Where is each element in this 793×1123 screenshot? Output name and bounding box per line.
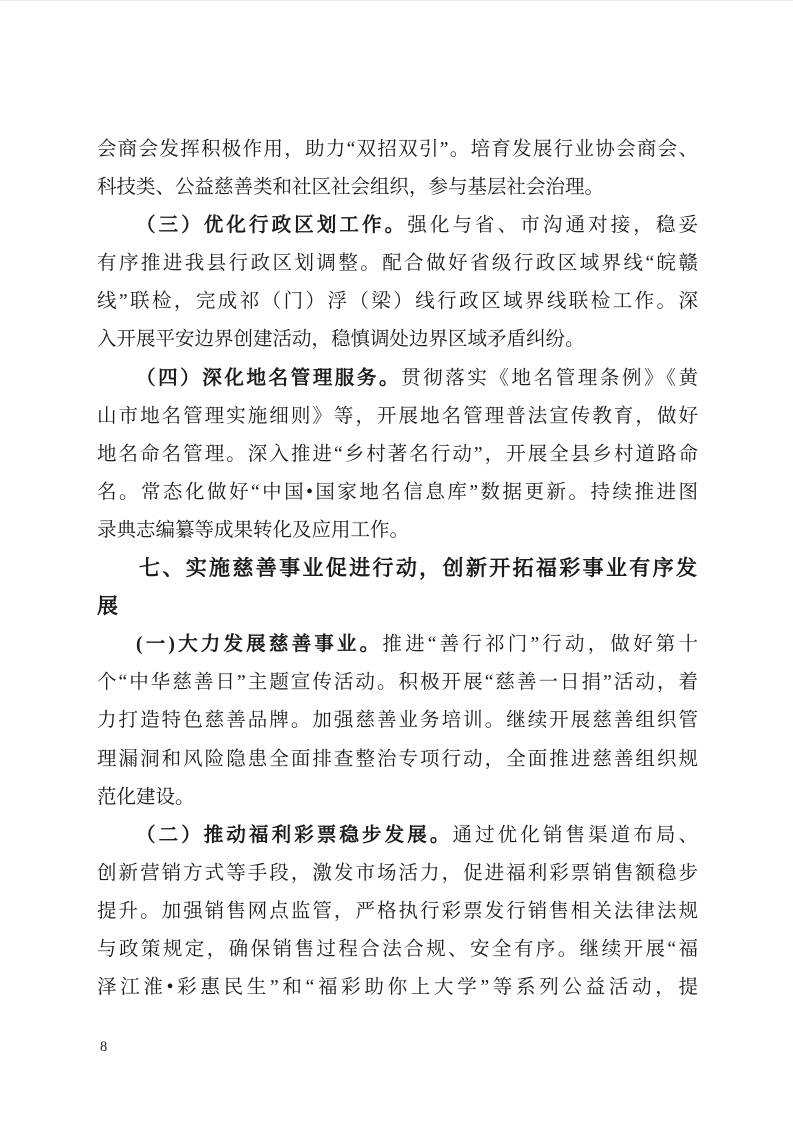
body-text: 提升。加强销售网点监管，严格执行彩票发行销售相关法律法规: [97, 901, 698, 922]
body-text: 推进“善行祁门”行动，做好第十: [382, 634, 698, 655]
body-text: 地名命名管理。深入推进“乡村著名行动”，开展全县乡村道路命: [97, 444, 698, 465]
section-title: (一)大力发展慈善事业。: [136, 634, 382, 655]
body-text: 名。常态化做好“中国•国家地名信息库”数据更新。持续推进图: [97, 482, 698, 503]
heading-text: 七、实施慈善事业促进行动，创新开拓福彩事业有序发: [139, 557, 698, 580]
body-text: 有序推进我县行政区划调整。配合做好省级行政区域界线“皖赣: [97, 253, 698, 274]
body-text: 范化建设。: [97, 787, 195, 808]
body-text: 通过优化销售渠道布局、: [452, 825, 698, 846]
text-line: 力打造特色慈善品牌。加强慈善业务培训。继续开展慈善组织管: [97, 702, 698, 740]
text-line: 泽江淮•彩惠民生”和“福彩助你上大学”等系列公益活动，提: [97, 969, 698, 1007]
document-page: 会商会发挥积极作用，助力“双招双引”。培育发展行业协会商会、 科技类、公益慈善类…: [0, 0, 793, 1123]
body-text: 个“中华慈善日”主题宣传活动。积极开展“慈善一日捐”活动，着: [97, 672, 698, 693]
section-title: （三）优化行政区划工作。: [136, 215, 407, 236]
page-number: 8: [100, 1037, 107, 1057]
text-line: 地名命名管理。深入推进“乡村著名行动”，开展全县乡村道路命: [97, 436, 698, 474]
section-title: （四）深化地名管理服务。: [136, 368, 401, 389]
text-line: 入开展平安边界创建活动，稳慎调处边界区域矛盾纠纷。: [97, 321, 698, 359]
body-text: 贯彻落实《地名管理条例》《黄: [401, 368, 698, 389]
body-text: 与政策规定，确保销售过程合法合规、安全有序。继续开展“福: [97, 939, 698, 960]
text-line: 名。常态化做好“中国•国家地名信息库”数据更新。持续推进图: [97, 474, 698, 512]
text-line: 创新营销方式等手段，激发市场活力，促进福利彩票销售额稳步: [97, 855, 698, 893]
text-line: 范化建设。: [97, 779, 698, 817]
body-text: 会商会发挥积极作用，助力“双招双引”。培育发展行业协会商会、: [97, 139, 698, 160]
text-line: 与政策规定，确保销售过程合法合规、安全有序。继续开展“福: [97, 931, 698, 969]
text-line: 录典志编纂等成果转化及应用工作。: [97, 512, 698, 550]
body-text: 创新营销方式等手段，激发市场活力，促进福利彩票销售额稳步: [97, 863, 698, 884]
body-text: 理漏洞和风险隐患全面排查整治专项行动，全面推进慈善组织规: [97, 749, 698, 770]
text-line: （二）推动福利彩票稳步发展。通过优化销售渠道布局、: [97, 817, 698, 855]
text-line: 线”联检，完成祁（门）浮（梁）线行政区域界线联检工作。深: [97, 283, 698, 321]
text-line: 山市地名管理实施细则》等，开展地名管理普法宣传教育，做好: [97, 398, 698, 436]
text-line: 提升。加强销售网点监管，严格执行彩票发行销售相关法律法规: [97, 893, 698, 931]
text-line: 理漏洞和风险隐患全面排查整治专项行动，全面推进慈善组织规: [97, 741, 698, 779]
body-text: 入开展平安边界创建活动，稳慎调处边界区域矛盾纠纷。: [97, 329, 585, 350]
body-text: 科技类、公益慈善类和社区社会组织，参与基层社会治理。: [97, 177, 604, 198]
text-line: 有序推进我县行政区划调整。配合做好省级行政区域界线“皖赣: [97, 245, 698, 283]
document-text-block: 会商会发挥积极作用，助力“双招双引”。培育发展行业协会商会、 科技类、公益慈善类…: [97, 131, 698, 1007]
section-title: （二）推动福利彩票稳步发展。: [136, 825, 452, 846]
text-line: （四）深化地名管理服务。贯彻落实《地名管理条例》《黄: [97, 360, 698, 398]
body-text: 线”联检，完成祁（门）浮（梁）线行政区域界线联检工作。深: [97, 291, 698, 312]
body-text: 山市地名管理实施细则》等，开展地名管理普法宣传教育，做好: [97, 406, 698, 427]
text-line: (一)大力发展慈善事业。推进“善行祁门”行动，做好第十: [97, 626, 698, 664]
body-text: 录典志编纂等成果转化及应用工作。: [97, 520, 409, 541]
section-heading-line: 七、实施慈善事业促进行动，创新开拓福彩事业有序发: [97, 550, 698, 588]
text-line: 个“中华慈善日”主题宣传活动。积极开展“慈善一日捐”活动，着: [97, 664, 698, 702]
text-line: 会商会发挥积极作用，助力“双招双引”。培育发展行业协会商会、: [97, 131, 698, 169]
body-text: 强化与省、市沟通对接，稳妥: [407, 215, 698, 236]
text-line: 科技类、公益慈善类和社区社会组织，参与基层社会治理。: [97, 169, 698, 207]
text-line: （三）优化行政区划工作。强化与省、市沟通对接，稳妥: [97, 207, 698, 245]
heading-text: 展: [97, 595, 119, 618]
body-text: 泽江淮•彩惠民生”和“福彩助你上大学”等系列公益活动，提: [97, 977, 698, 998]
section-heading-line: 展: [97, 588, 698, 626]
body-text: 力打造特色慈善品牌。加强慈善业务培训。继续开展慈善组织管: [97, 710, 698, 731]
